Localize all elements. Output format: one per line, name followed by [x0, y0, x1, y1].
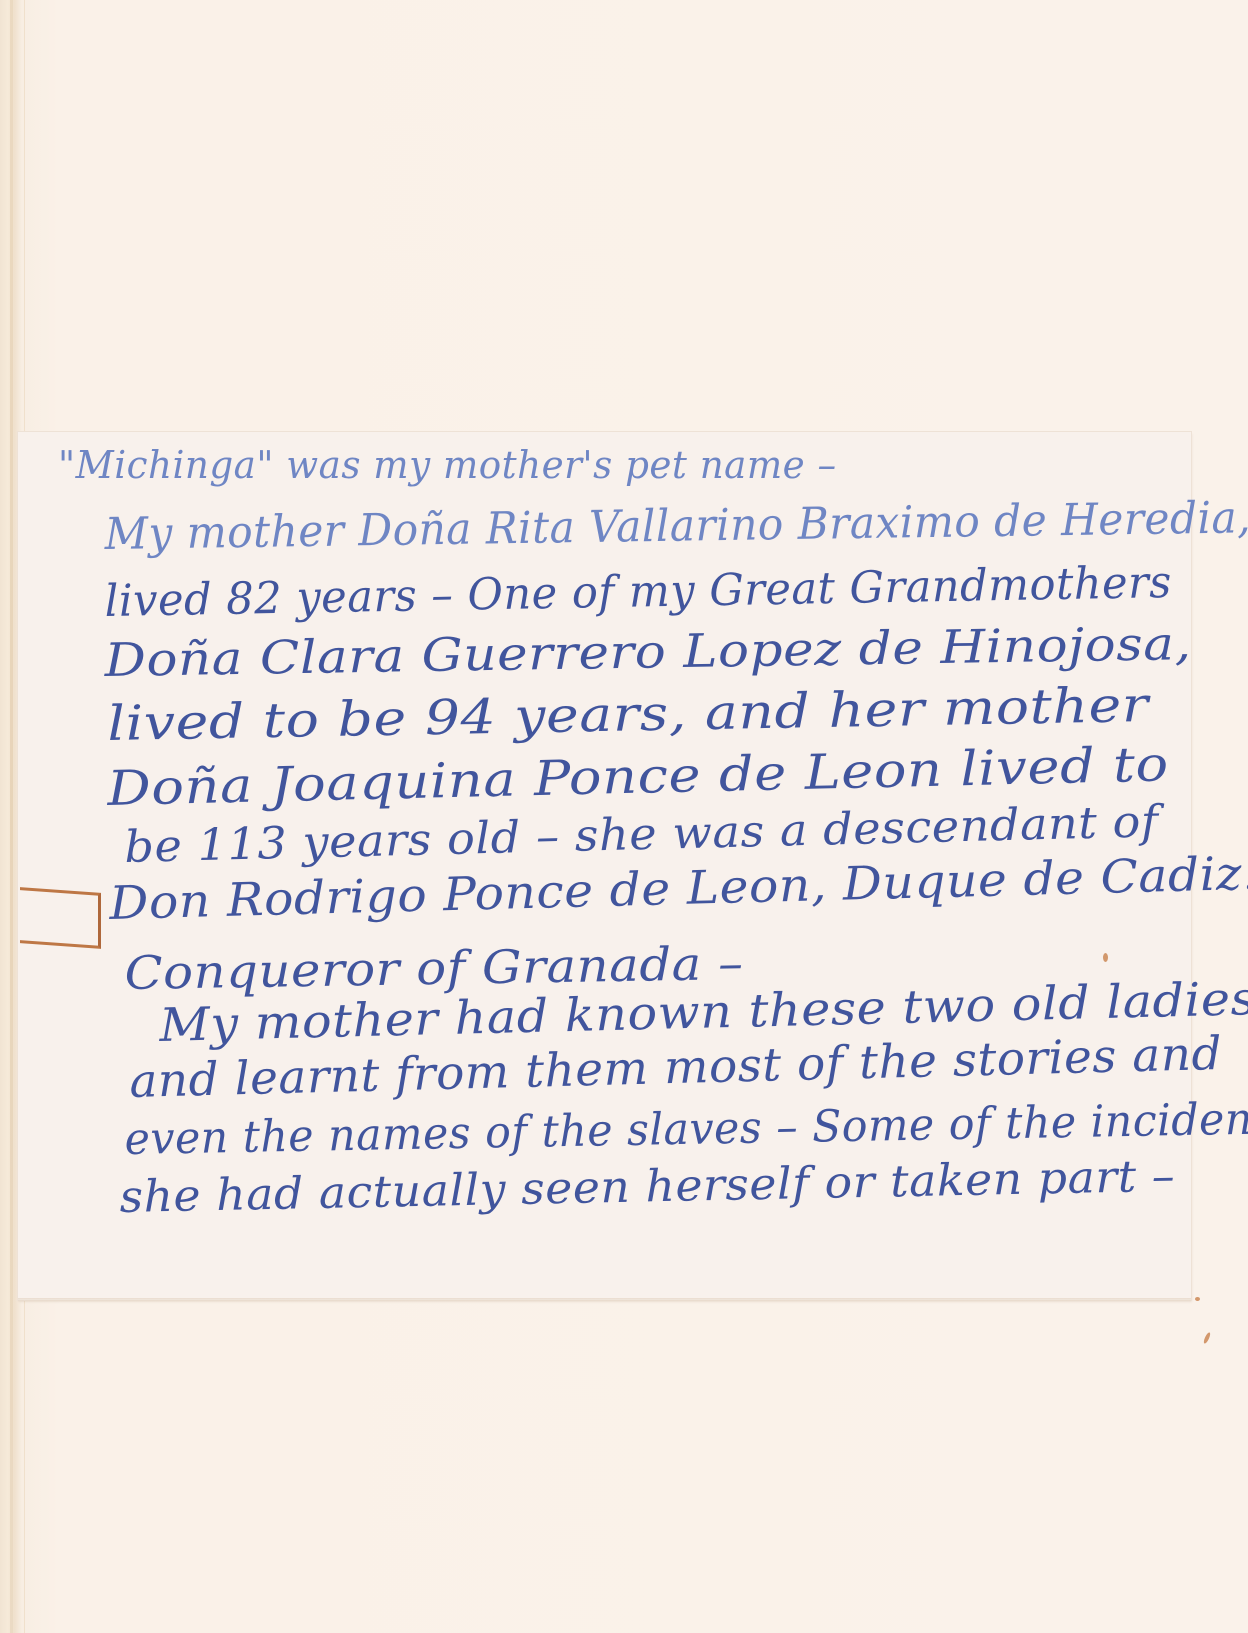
ink-stain — [1103, 953, 1108, 962]
page-binding-edge — [10, 0, 13, 1633]
card-bottom-shadow — [18, 1298, 1191, 1302]
handwritten-line: "Michinga" was my mother's pet name – — [58, 446, 837, 484]
tape-residue-mark — [20, 887, 101, 949]
ink-stain — [1195, 1297, 1200, 1301]
